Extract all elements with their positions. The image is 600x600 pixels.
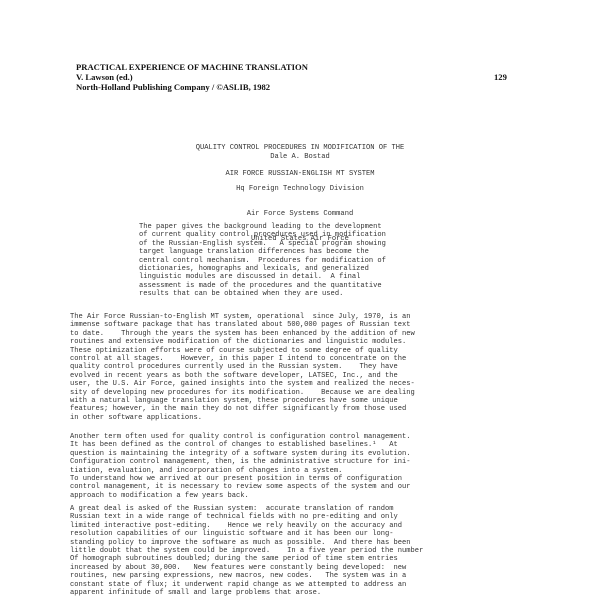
body-line: It has been defined as the control of ch… bbox=[70, 441, 411, 449]
body-line: control management, it is necessary to r… bbox=[70, 483, 411, 491]
book-title: PRACTICAL EXPERIENCE OF MACHINE TRANSLAT… bbox=[76, 62, 308, 72]
body-line: apparent infinitude of small and large p… bbox=[70, 589, 423, 597]
body-line: The Air Force Russian-to-English MT syst… bbox=[70, 313, 415, 321]
body-line: in other software applications. bbox=[70, 414, 415, 422]
body-line: routines and extensive modification of t… bbox=[70, 338, 415, 346]
body-line: little doubt that the system could be im… bbox=[70, 547, 423, 555]
body-line: routines, new parsing expressions, new m… bbox=[70, 572, 423, 580]
book-publisher: North-Holland Publishing Company / ©ASLI… bbox=[76, 82, 308, 92]
body-line: standing policy to improve the software … bbox=[70, 539, 423, 547]
body-paragraph-2: Another term often used for quality cont… bbox=[70, 433, 411, 475]
paper-author: Dale A. Bostad bbox=[0, 153, 600, 162]
body-line: control at all stages. However, in this … bbox=[70, 355, 415, 363]
abstract-line: linguistic modules are discussed in deta… bbox=[139, 273, 386, 281]
abstract-line: The paper gives the background leading t… bbox=[139, 223, 386, 231]
abstract-line: central control mechanism. Procedures fo… bbox=[139, 257, 386, 265]
body-line: Configuration control management, then, … bbox=[70, 458, 411, 466]
affiliation-line: Air Force Systems Command bbox=[0, 210, 600, 218]
abstract-line: of the Russian-English system. A special… bbox=[139, 240, 386, 248]
body-line: resolution capabilities of our linguisti… bbox=[70, 530, 423, 538]
abstract-line: results that can be obtained when they a… bbox=[139, 290, 386, 298]
body-line: A great deal is asked of the Russian sys… bbox=[70, 505, 423, 513]
body-paragraph-4: A great deal is asked of the Russian sys… bbox=[70, 505, 423, 597]
body-line: user, the U.S. Air Force, gained insight… bbox=[70, 380, 415, 388]
abstract-line: assessment is made of the procedures and… bbox=[139, 282, 386, 290]
body-line: quality control procedures currently use… bbox=[70, 363, 415, 371]
body-line: evolved in recent years as both the soft… bbox=[70, 372, 415, 380]
body-line: with a natural language translation syst… bbox=[70, 397, 415, 405]
body-paragraph-3: To understand how we arrived at our pres… bbox=[70, 475, 411, 500]
abstract-line: target language translation differences … bbox=[139, 248, 386, 256]
book-editor: V. Lawson (ed.) bbox=[76, 72, 308, 82]
body-line: constant state of flux; it underwent rap… bbox=[70, 581, 423, 589]
body-line: to date. Through the years the system ha… bbox=[70, 330, 415, 338]
page-number: 129 bbox=[494, 72, 507, 82]
body-line: Of homograph subroutines doubled; during… bbox=[70, 555, 423, 563]
body-line: These optimization efforts were of cours… bbox=[70, 347, 415, 355]
body-line: Russian text in a wide range of technica… bbox=[70, 513, 423, 521]
abstract-line: of current quality control procedures us… bbox=[139, 231, 386, 239]
body-line: To understand how we arrived at our pres… bbox=[70, 475, 411, 483]
body-line: immense software package that has transl… bbox=[70, 321, 415, 329]
document-page: PRACTICAL EXPERIENCE OF MACHINE TRANSLAT… bbox=[0, 0, 600, 600]
abstract: The paper gives the background leading t… bbox=[139, 223, 386, 299]
body-line: sity of developing new procedures for it… bbox=[70, 389, 415, 397]
body-line: features; however, in the main they do n… bbox=[70, 405, 415, 413]
paper-title-line: QUALITY CONTROL PROCEDURES IN MODIFICATI… bbox=[0, 144, 600, 153]
body-paragraph-1: The Air Force Russian-to-English MT syst… bbox=[70, 313, 415, 422]
book-header: PRACTICAL EXPERIENCE OF MACHINE TRANSLAT… bbox=[76, 62, 308, 92]
body-line: question is maintaining the integrity of… bbox=[70, 450, 411, 458]
affiliation-line: Hq Foreign Technology Division bbox=[0, 185, 600, 193]
body-line: limited interactive post-editing. Hence … bbox=[70, 522, 423, 530]
body-line: approach to modification a few years bac… bbox=[70, 492, 411, 500]
abstract-line: dictionaries, homographs and lexicals, a… bbox=[139, 265, 386, 273]
body-line: tiation, evaluation, and incorporation o… bbox=[70, 467, 411, 475]
body-line: increased by about 30,000. New features … bbox=[70, 564, 423, 572]
